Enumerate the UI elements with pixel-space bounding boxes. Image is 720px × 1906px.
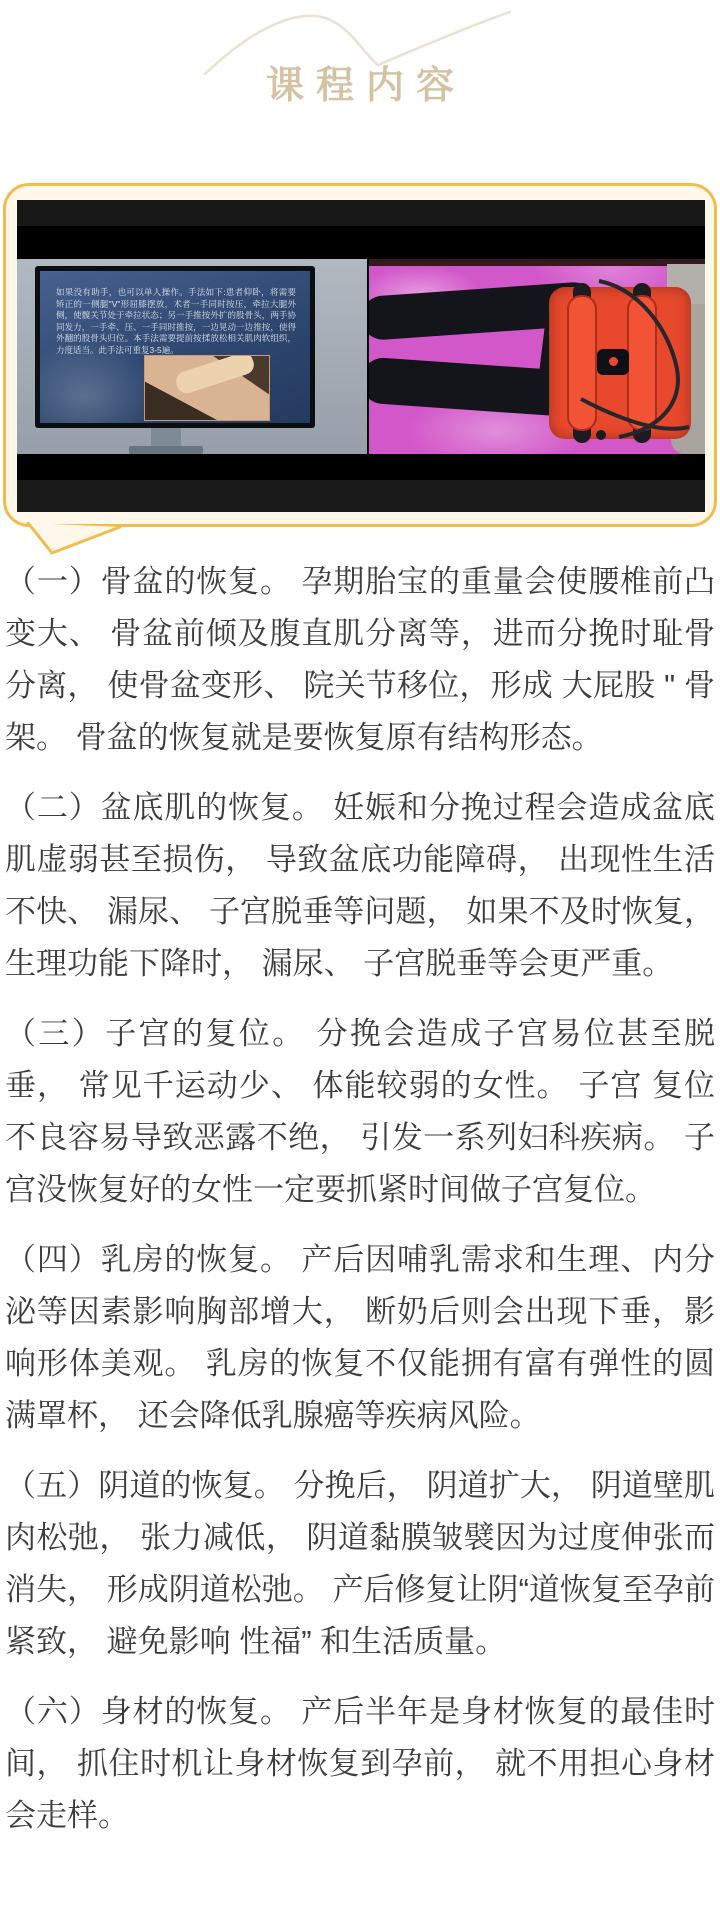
tv-stand: [151, 428, 181, 448]
letterbox-bottom-dark: [17, 480, 705, 512]
tv-stand-base: [129, 446, 203, 454]
letterbox-bottom-black: [17, 454, 705, 480]
section-uterus: （三）子宫的复位。 分挽会造成子宫易位甚至脱垂， 常见千运动少、 体能较弱的女性…: [5, 1008, 715, 1216]
slide-text: 如果没有助手，也可以单人操作。手法如下:患者仰卧，将需要矫正的一侧腿"V"形屈膝…: [56, 287, 296, 356]
letterbox-top-black: [17, 226, 705, 259]
article-body: （一）骨盆的恢复。 孕期胎宝的重量会使腰椎前凸变大、 骨盆前倾及腹直肌分离等，进…: [5, 556, 715, 1860]
tv-screen: 如果没有助手，也可以单人操作。手法如下:患者仰卧，将需要矫正的一侧腿"V"形屈膝…: [40, 271, 310, 423]
letterbox-top-dark: [17, 200, 705, 226]
therapy-demo-panel: [369, 259, 705, 454]
section-pelvis: （一）骨盆的恢复。 孕期胎宝的重量会使腰椎前凸变大、 骨盆前倾及腹直肌分离等，进…: [5, 556, 715, 764]
section-pelvic-floor: （二）盆底肌的恢复。 妊娠和分挽过程会造成盆底肌虚弱甚至损伤， 导致盆底功能障碍…: [5, 782, 715, 990]
tv-slide-panel: 如果没有助手，也可以单人操作。手法如下:患者仰卧，将需要矫正的一侧腿"V"形屈膝…: [17, 259, 367, 454]
section-figure: （六）身材的恢复。 产后半年是身材恢复的最佳时间， 抓住时机让身材恢复到孕前， …: [5, 1686, 715, 1842]
lesson-video-still: 如果没有助手，也可以单人操作。手法如下:患者仰卧，将需要矫正的一侧腿"V"形屈膝…: [17, 200, 705, 512]
section-vagina: （五）阴道的恢复。 分挽后， 阴道扩大， 阴道壁肌肉松弛， 张力减低， 阴道黏膜…: [5, 1460, 715, 1668]
device-cables: [369, 259, 705, 454]
section-breast: （四）乳房的恢复。 产后因哺乳需求和生理、内分泌等因素影响胸部增大， 断奶后则会…: [5, 1234, 715, 1442]
bubble-tail: [22, 522, 132, 558]
course-content-page: 课程内容 如果没有助手，也可以单人操作。手法如下:患者仰卧，将需要矫正的一侧腿"…: [0, 0, 720, 1906]
massage-technique-photo: [144, 355, 270, 421]
page-title: 课程内容: [0, 54, 720, 109]
video-content: 如果没有助手，也可以单人操作。手法如下:患者仰卧，将需要矫正的一侧腿"V"形屈膝…: [17, 259, 705, 454]
tv-set: 如果没有助手，也可以单人操作。手法如下:患者仰卧，将需要矫正的一侧腿"V"形屈膝…: [35, 266, 315, 428]
